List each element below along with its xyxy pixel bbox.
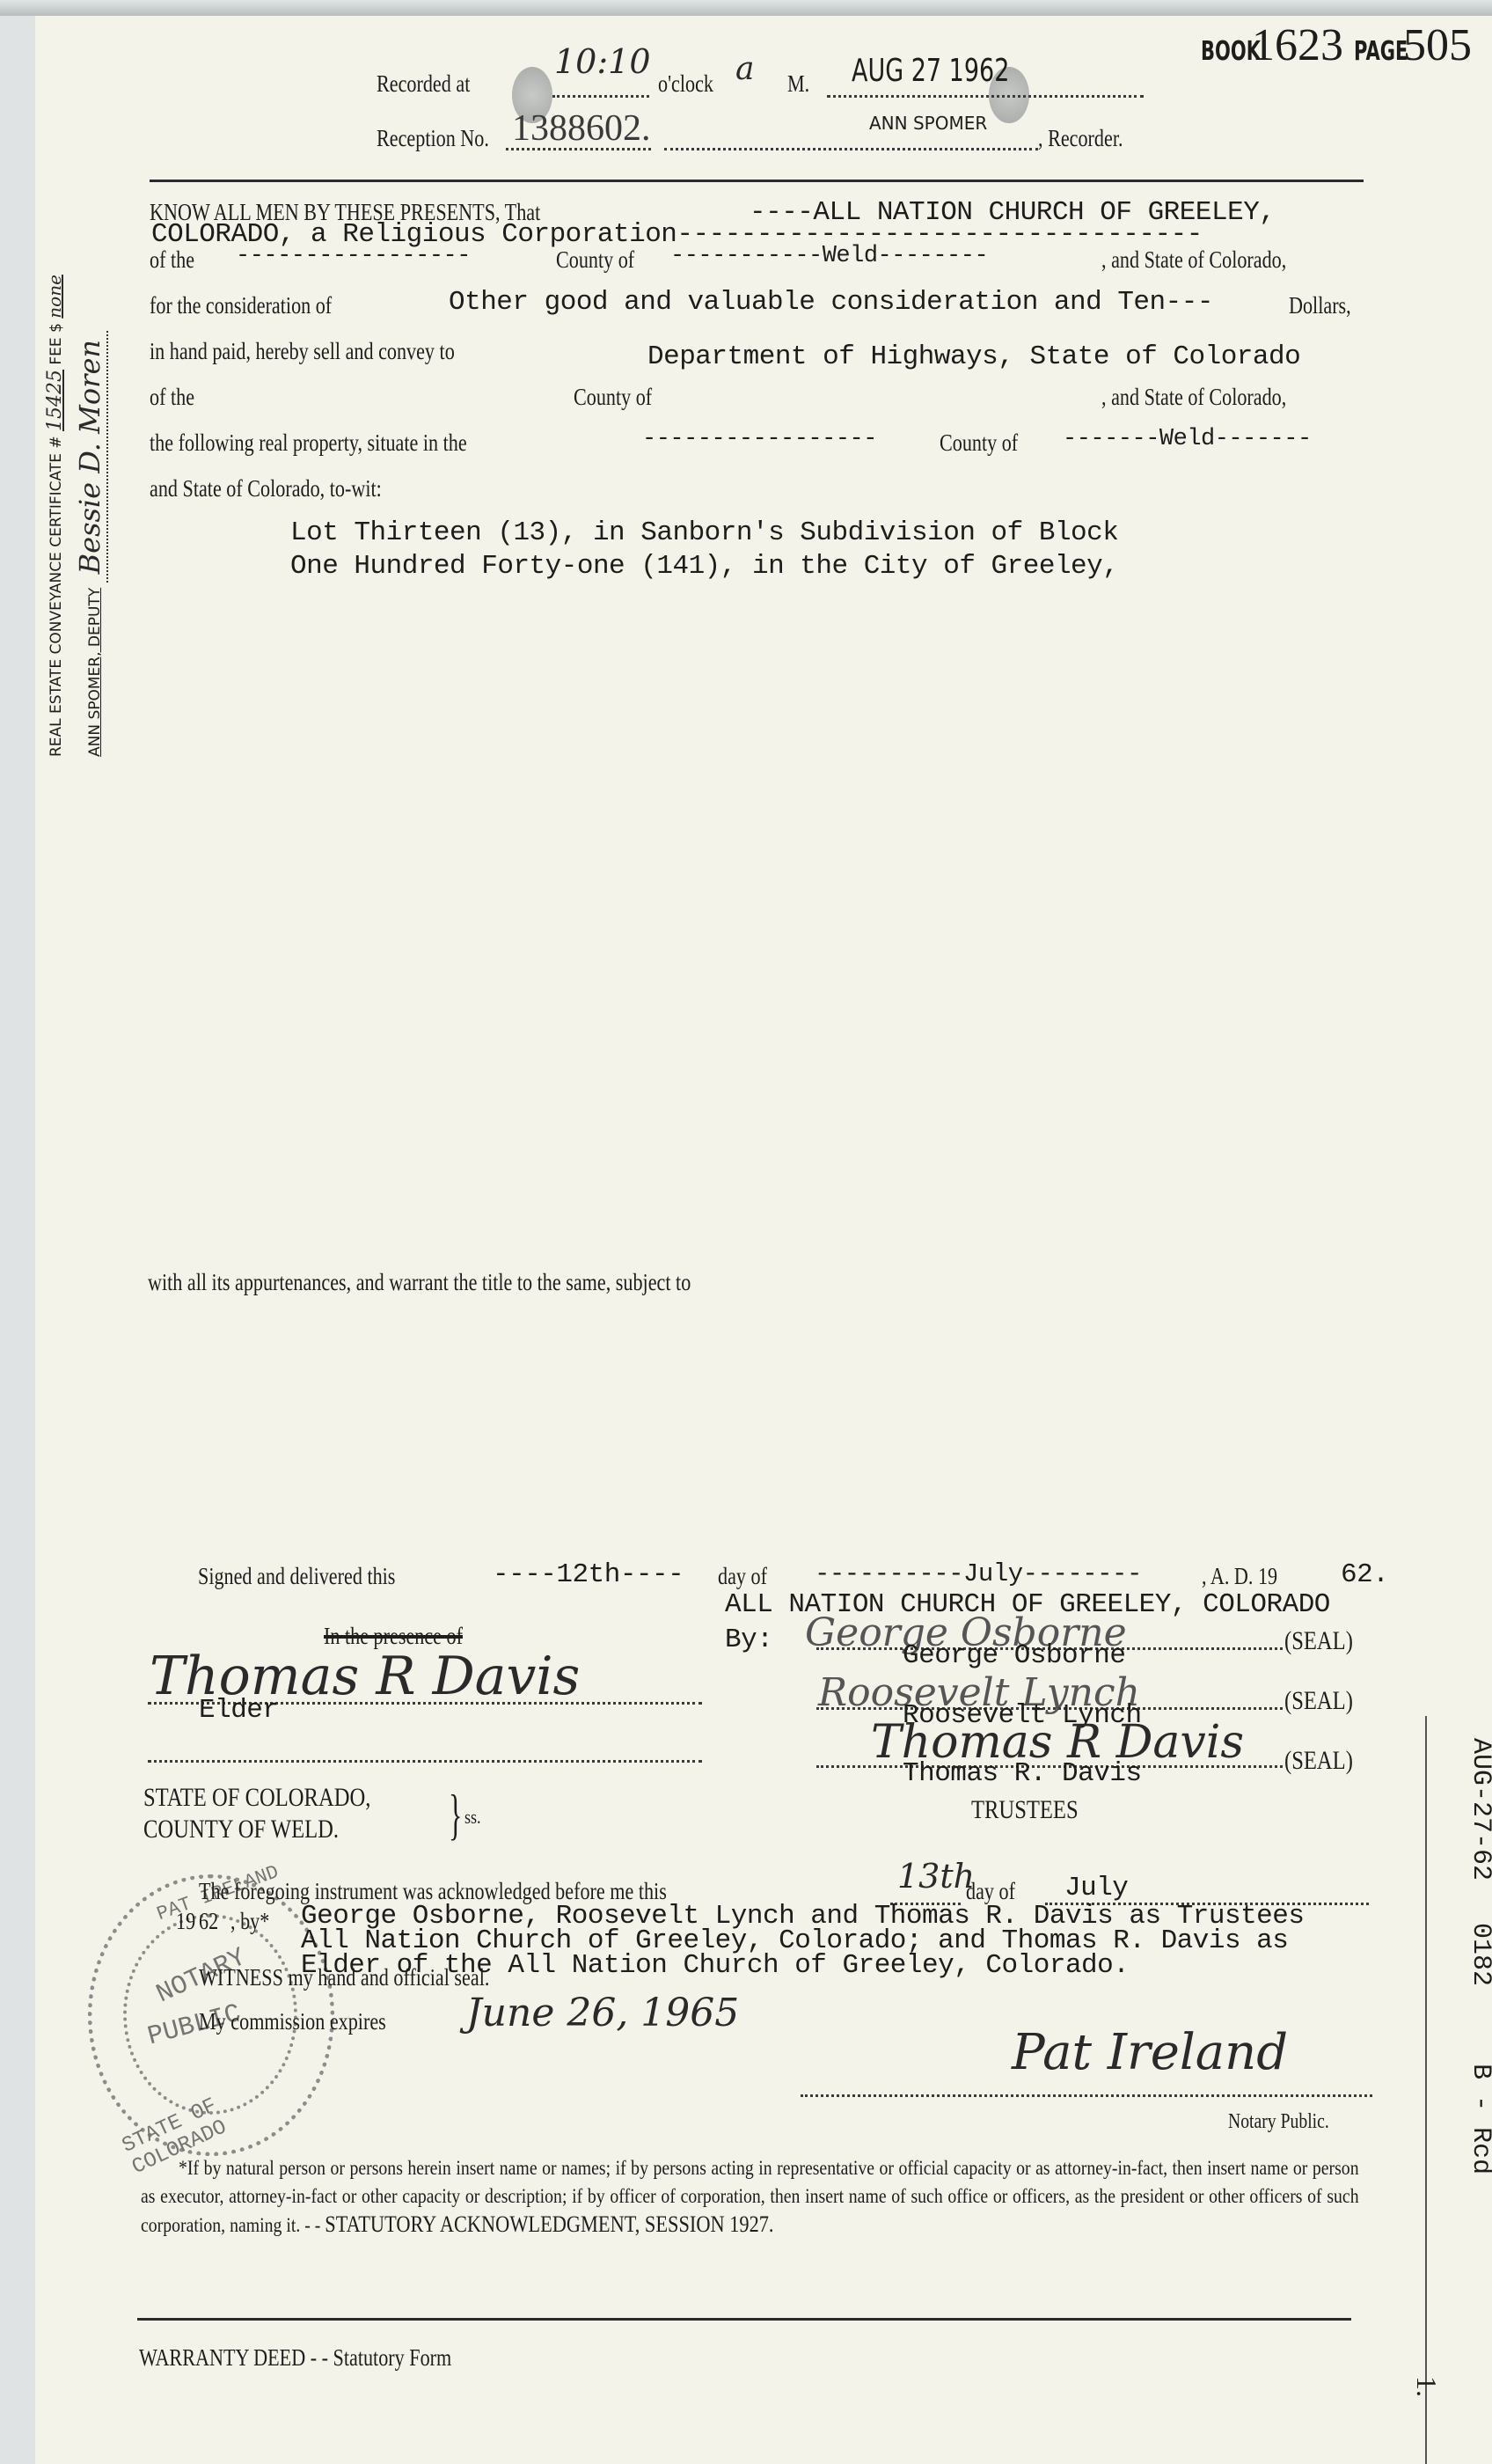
seal-label: (SEAL) bbox=[1284, 1746, 1353, 1776]
conveyance-certificate-stamp: REAL ESTATE CONVEYANCE CERTIFICATE # 154… bbox=[44, 275, 106, 757]
typed-name-thomas-davis: Thomas R. Davis bbox=[903, 1758, 1142, 1789]
of-the-label: of the bbox=[150, 246, 194, 274]
consideration-label: for the consideration of bbox=[150, 292, 332, 319]
footer-rule bbox=[137, 2318, 1351, 2321]
ack-day: 13th bbox=[897, 1857, 975, 1896]
fee-value: none bbox=[44, 275, 65, 319]
property-county-label: County of bbox=[940, 429, 1018, 457]
statutory-reference: STATUTORY ACKNOWLEDGMENT, SESSION 1927. bbox=[325, 2211, 773, 2237]
grantor-county-prefix: ----------------- bbox=[236, 243, 471, 269]
venue-state: STATE OF COLORADO, bbox=[143, 1783, 370, 1813]
grantor-county: -----------Weld-------- bbox=[670, 243, 988, 269]
recorded-time: 10:10 bbox=[554, 42, 651, 81]
property-county-prefix: ----------------- bbox=[642, 426, 877, 452]
page-label: PAGE bbox=[1354, 36, 1388, 67]
seal-label: (SEAL) bbox=[1284, 1626, 1353, 1656]
signed-day: ----12th---- bbox=[493, 1559, 684, 1590]
trustees-title: TRUSTEES bbox=[971, 1795, 1079, 1825]
certificate-number: 15425 bbox=[44, 370, 66, 431]
grantee-of-the-label: of the bbox=[150, 384, 194, 411]
venue-brace: } bbox=[449, 1786, 462, 1843]
commission-expiry: June 26, 1965 bbox=[466, 1991, 739, 2035]
commission-label: My commission expires bbox=[199, 2008, 386, 2035]
signed-year: 62. bbox=[1341, 1559, 1388, 1590]
warrant-clause: with all its appurtenances, and warrant … bbox=[148, 1269, 691, 1296]
dollars-label: Dollars, bbox=[1289, 292, 1351, 319]
ad-label: , A. D. 19 bbox=[1202, 1563, 1277, 1590]
seal-label: (SEAL) bbox=[1284, 1686, 1353, 1716]
to-wit-label: and State of Colorado, to-wit: bbox=[150, 475, 382, 502]
witness-hand-text: WITNESS my hand and official seal. bbox=[199, 1964, 489, 1991]
am-pm: a bbox=[735, 51, 754, 87]
certificate-label: REAL ESTATE CONVEYANCE CERTIFICATE # bbox=[48, 436, 65, 757]
grantee-county-label: County of bbox=[574, 384, 652, 411]
recorder-line bbox=[664, 148, 1038, 150]
page-edge-line bbox=[1425, 1716, 1427, 2464]
m-label: M. bbox=[787, 70, 809, 98]
witness-title: Elder bbox=[199, 1695, 279, 1726]
right-stamp-date: AUG-27-62 bbox=[1466, 1738, 1492, 1881]
day-of-label: day of bbox=[718, 1563, 767, 1590]
recorded-at-label: Recorded at bbox=[377, 70, 470, 98]
deputy-label: ANN SPOMER, DEPUTY bbox=[86, 588, 104, 757]
consideration-value: Other good and valuable consideration an… bbox=[449, 287, 1213, 318]
convey-label: in hand paid, hereby sell and convey to bbox=[150, 338, 455, 365]
header-rule bbox=[150, 180, 1364, 182]
ack-year-prefix: 19 bbox=[176, 1908, 195, 1935]
right-stamp-code: 0182 bbox=[1466, 1923, 1492, 1986]
recorded-date: AUG 27 1962 bbox=[852, 53, 1009, 89]
venue-ss: ss. bbox=[464, 1806, 481, 1829]
recording-stamp-right: AUG-27-62 0182 B - Rcd bbox=[1466, 1738, 1492, 2174]
reception-label: Reception No. bbox=[377, 125, 489, 152]
oclock-label: o'clock bbox=[658, 70, 713, 98]
typed-name-george-osborne: George Osborne bbox=[903, 1640, 1125, 1671]
fee-label: FEE $ bbox=[48, 323, 65, 364]
venue-county: COUNTY OF WELD. bbox=[143, 1815, 339, 1844]
deputy-signature: Bessie D. Moren bbox=[73, 331, 108, 583]
date-line bbox=[827, 95, 1144, 98]
edge-mark: 1. bbox=[1410, 2376, 1443, 2397]
footnote: *If by natural person or persons herein … bbox=[141, 2154, 1359, 2240]
book-number: 1623 bbox=[1252, 20, 1343, 70]
signed-month: ----------July-------- bbox=[815, 1559, 1142, 1588]
grantee-name: Department of Highways, State of Colorad… bbox=[647, 341, 1300, 372]
grantee-state: , and State of Colorado, bbox=[1101, 384, 1286, 411]
by-label: By: bbox=[725, 1624, 772, 1655]
right-stamp-mark: B - Rcd bbox=[1466, 2064, 1492, 2174]
recorder-name: ANN SPOMER bbox=[869, 113, 987, 134]
signed-label: Signed and delivered this bbox=[198, 1563, 395, 1590]
book-label: BOOK bbox=[1201, 36, 1237, 67]
time-line bbox=[552, 95, 649, 98]
grantor-state: , and State of Colorado, bbox=[1101, 246, 1286, 274]
recorder-label: , Recorder. bbox=[1038, 125, 1123, 152]
notary-signature-line bbox=[801, 2094, 1372, 2097]
notary-title: Notary Public. bbox=[1228, 2110, 1329, 2134]
county-of-label: County of bbox=[556, 246, 634, 274]
notary-signature: Pat Ireland bbox=[1012, 2024, 1288, 2081]
ack-by-label: , by* bbox=[230, 1908, 269, 1935]
reception-number: 1388602. bbox=[512, 107, 651, 150]
ack-month: July bbox=[1064, 1873, 1128, 1903]
scan-edge bbox=[0, 0, 1492, 16]
property-label: the following real property, situate in … bbox=[150, 429, 467, 457]
legal-description-line2: One Hundred Forty-one (141), in the City… bbox=[290, 551, 1118, 582]
book-page-stamp: BOOK1623 PAGE505 bbox=[1201, 19, 1472, 71]
property-county: -------Weld------- bbox=[1063, 426, 1312, 452]
second-witness-line bbox=[148, 1760, 702, 1763]
form-title: WARRANTY DEED - - Statutory Form bbox=[139, 2344, 451, 2372]
legal-description-line1: Lot Thirteen (13), in Sanborn's Subdivis… bbox=[290, 517, 1118, 548]
page-number: 505 bbox=[1403, 20, 1472, 70]
ack-year: 62 bbox=[199, 1908, 218, 1935]
